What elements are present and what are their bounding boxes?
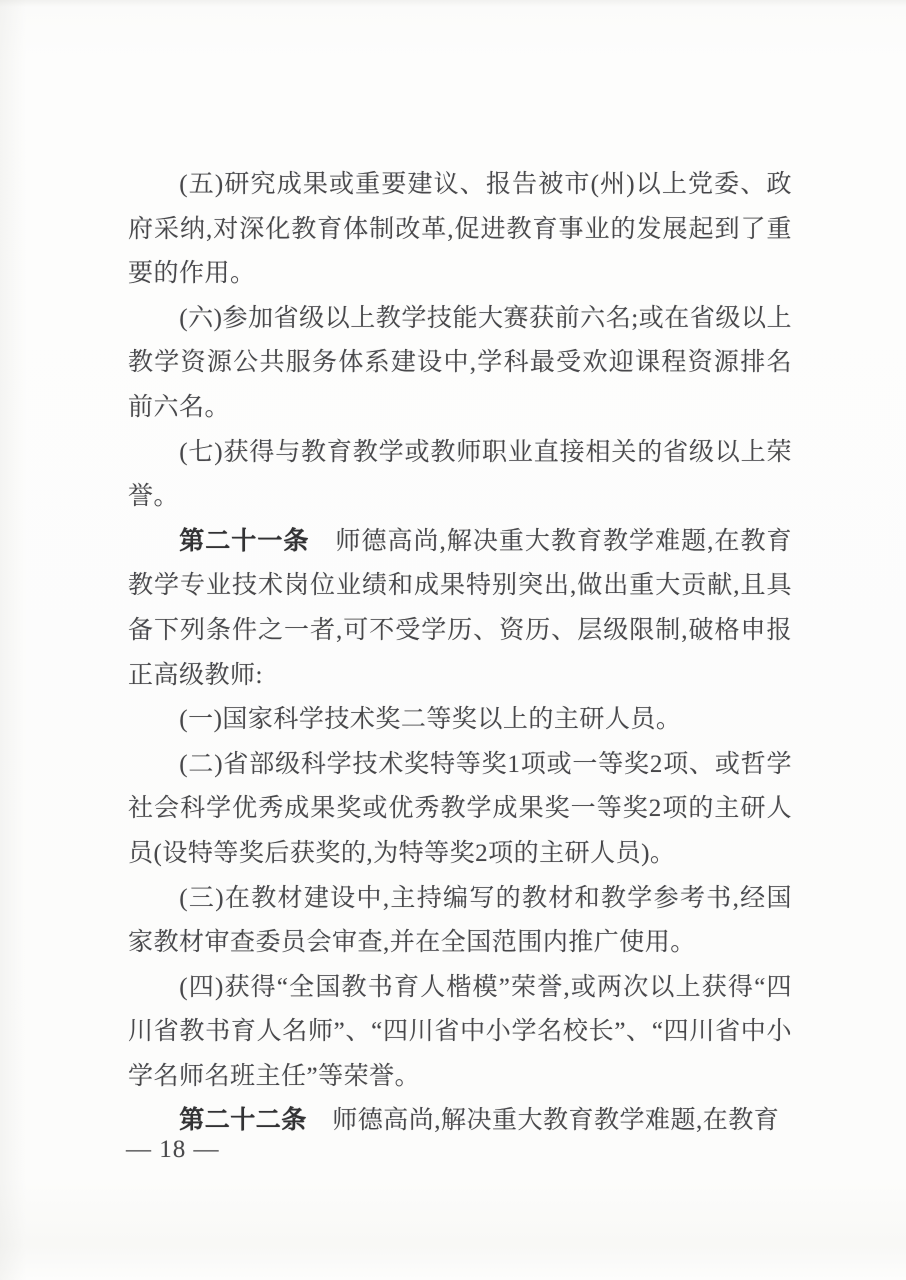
article-22-number: 第二十二条 bbox=[179, 1107, 307, 1134]
scanned-document-page: (五)研究成果或重要建议、报告被市(州)以上党委、政府采纳,对深化教育体制改革,… bbox=[0, 0, 906, 1280]
paragraph-article-22: 第二十二条 师德高尚,解决重大教育教学难题,在教育 bbox=[128, 1099, 792, 1144]
paragraph-item-7: (七)获得与教育教学或教师职业直接相关的省级以上荣誉。 bbox=[128, 431, 792, 520]
article-22-text: 师德高尚,解决重大教育教学难题,在教育 bbox=[307, 1107, 780, 1134]
paragraph-item-1: (一)国家科学技术奖二等奖以上的主研人员。 bbox=[128, 698, 792, 743]
paragraph-item-4: (四)获得“全国教书育人楷模”荣誉,或两次以上获得“四川省教书育人名师”、“四川… bbox=[128, 966, 792, 1100]
document-body: (五)研究成果或重要建议、报告被市(州)以上党委、政府采纳,对深化教育体制改革,… bbox=[128, 163, 792, 1144]
paragraph-item-2: (二)省部级科学技术奖特等奖1项或一等奖2项、或哲学社会科学优秀成果奖或优秀教学… bbox=[128, 743, 792, 877]
article-21-number: 第二十一条 bbox=[179, 528, 309, 555]
paragraph-article-21: 第二十一条 师德高尚,解决重大教育教学难题,在教育教学专业技术岗位业绩和成果特别… bbox=[128, 520, 792, 698]
paragraph-item-5: (五)研究成果或重要建议、报告被市(州)以上党委、政府采纳,对深化教育体制改革,… bbox=[128, 163, 792, 297]
page-number: — 18 — bbox=[126, 1136, 220, 1164]
paragraph-item-6: (六)参加省级以上教学技能大赛获前六名;或在省级以上教学资源公共服务体系建设中,… bbox=[128, 297, 792, 431]
paragraph-item-3: (三)在教材建设中,主持编写的教材和教学参考书,经国家教材审查委员会审查,并在全… bbox=[128, 877, 792, 966]
